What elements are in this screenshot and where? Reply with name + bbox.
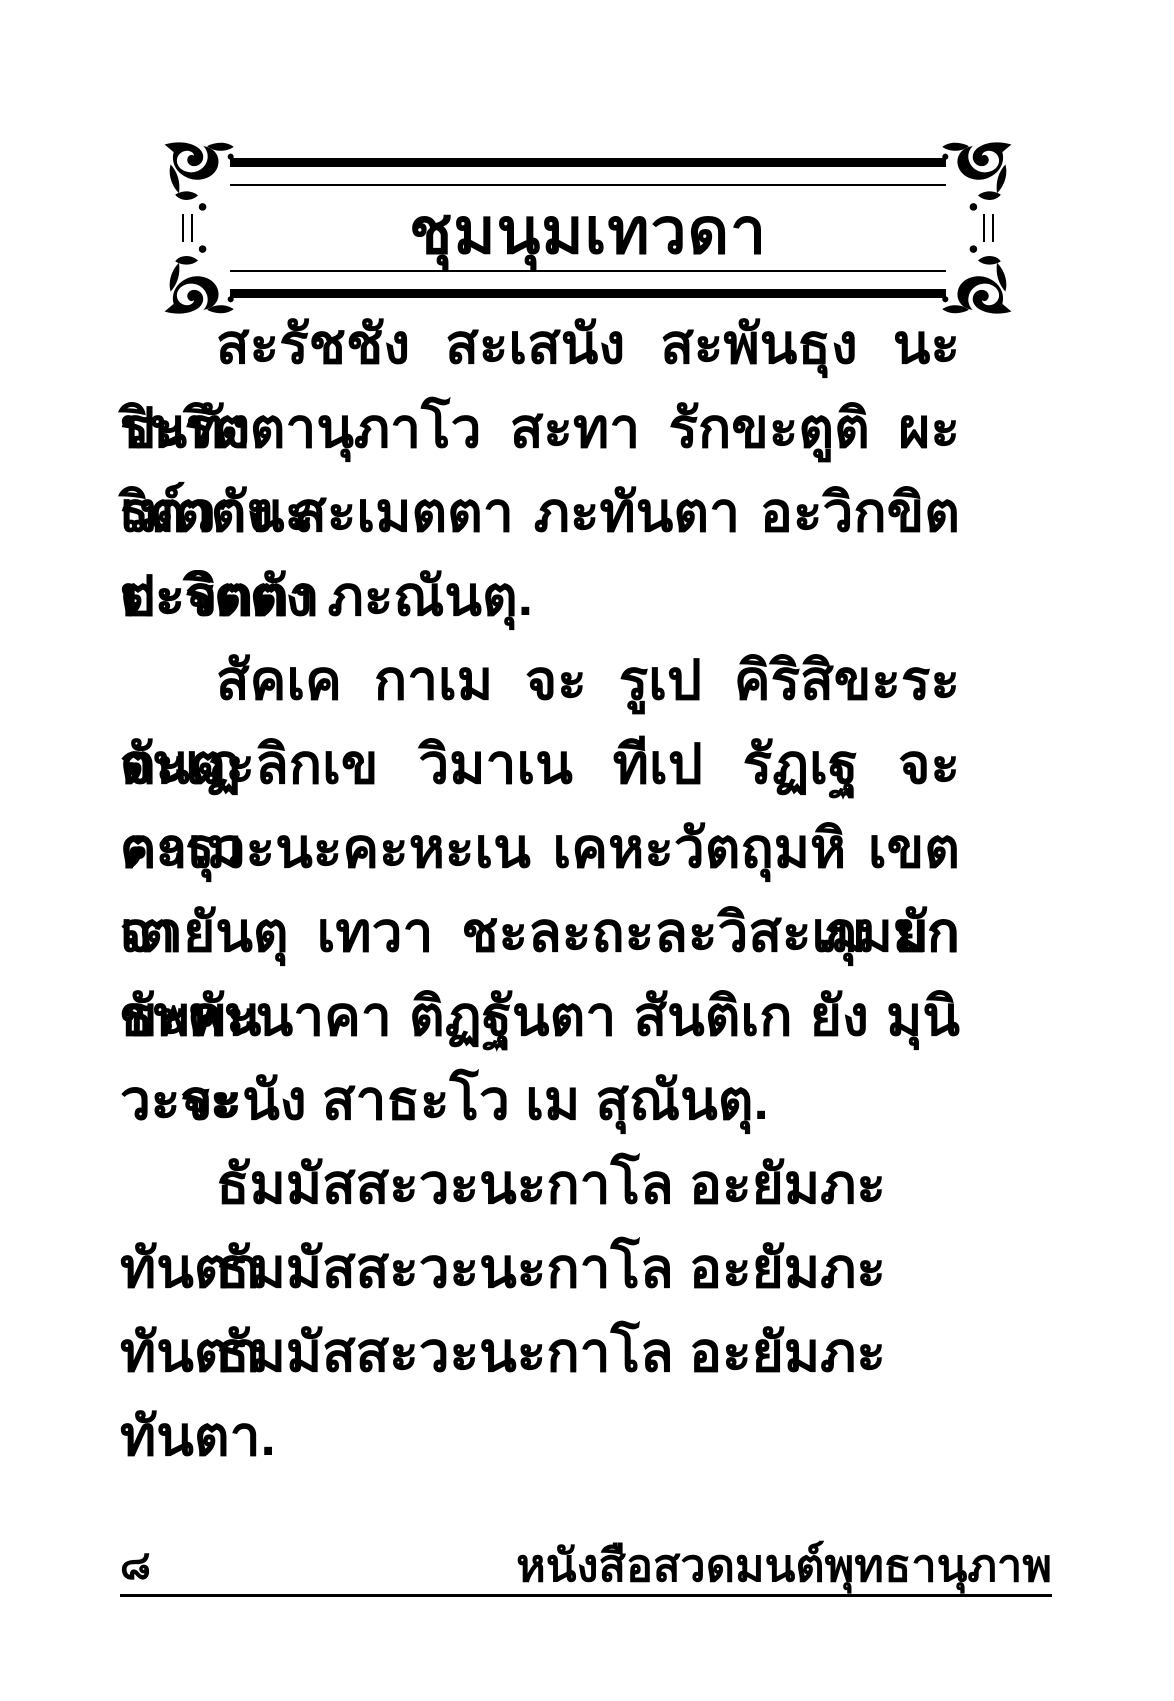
body-line: ธัมมัสสะวะนะกาโล อะยัมภะทันตา <box>120 1226 960 1310</box>
book-page: ชุมนุมเทวดา สะรัชชัง สะเสนัง สะพันธุง นะ… <box>0 0 1174 1701</box>
page-footer: ๘ หนังสือสวดมนต์พุทธานุภาพ <box>120 1524 1052 1590</box>
body-line: ธัพพะนาคา ติฏฐันตา สันติเก ยัง มุนิวะระ <box>120 974 960 1058</box>
body-line: ปะริตตานุภาโว สะทา รักขะตูติ ผะริต์วานะ <box>120 386 960 470</box>
body-lines: สะรัชชัง สะเสนัง สะพันธุง นะรินทังปะริตต… <box>120 302 960 1394</box>
body-line: ธัมมัสสะวะนะกาโล อะยัมภะทันตา. <box>120 1310 960 1394</box>
footer-rule <box>120 1594 1052 1597</box>
body-line: ปะริตตัง ภะณันตุ. <box>120 554 960 638</box>
body-line: ตะรุวะนะคะหะเน เคหะวัตถุมหิ เขตเต ภุมมา <box>120 806 960 890</box>
body-line: เมตตัง สะเมตตา ภะทันตา อะวิกขิตตะจิตตา <box>120 470 960 554</box>
body-line: วะจะนัง สาธะโว เม สุณันตุ. <box>120 1058 960 1142</box>
title-box: ชุมนุมเทวดา <box>170 152 1006 304</box>
book-title: หนังสือสวดมนต์พุทธานุภาพ <box>516 1541 1052 1591</box>
body-line: สัคเค กาเม จะ รูเป คิริสิขะระตะเฏ <box>120 638 960 722</box>
page-number: ๘ <box>120 1546 151 1590</box>
body-line: จันตะลิกเข วิมาเน ทีเป รัฏเฐ จะ คาเม <box>120 722 960 806</box>
page-title: ชุมนุมเทวดา <box>170 152 1006 304</box>
body-line: ธัมมัสสะวะนะกาโล อะยัมภะทันตา <box>120 1142 960 1226</box>
body-line: จายันตุ เทวา ชะละถะละวิสะเม ยักขะคัน <box>120 890 960 974</box>
body-line: สะรัชชัง สะเสนัง สะพันธุง นะรินทัง <box>120 302 960 386</box>
